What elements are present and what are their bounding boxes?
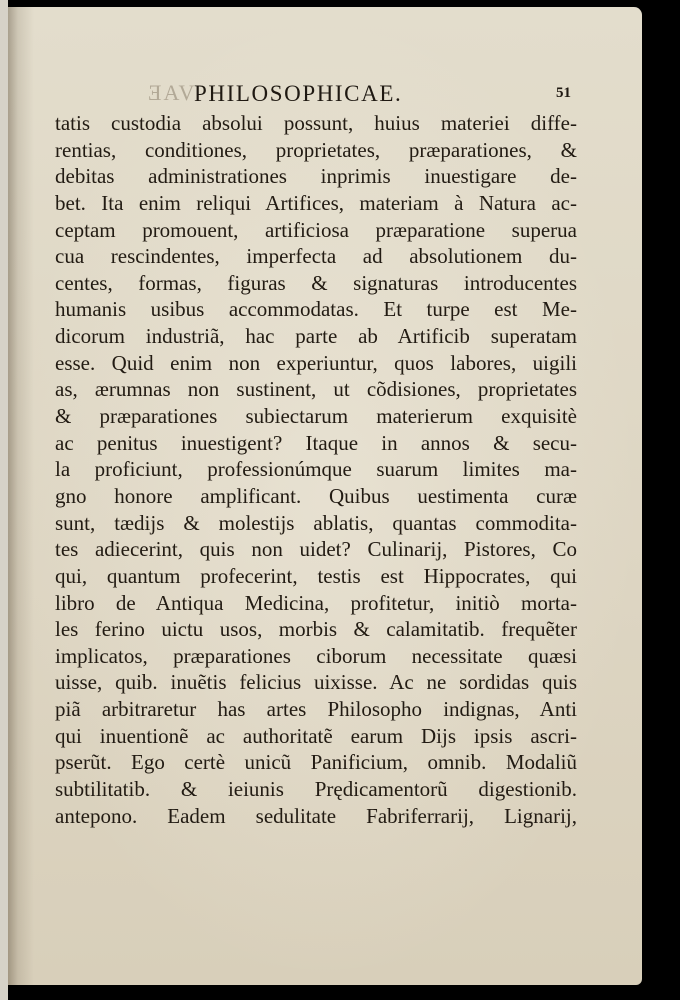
text-line: les ferino uictu usos, morbis & calamita… <box>55 616 577 643</box>
text-line: antepono. Eadem sedulitate Fabriferrarij… <box>55 803 577 830</box>
body-text: tatis custodia absolui possunt, huius ma… <box>55 110 577 829</box>
text-line: ac penitus inuestigent? Itaque in annos … <box>55 430 577 457</box>
text-line: piã arbitraretur has artes Philosopho in… <box>55 696 577 723</box>
text-line: humanis usibus accommodatas. Et turpe es… <box>55 296 577 323</box>
text-line: libro de Antiqua Medicina, profitetur, i… <box>55 590 577 617</box>
left-page-edge <box>0 0 8 1000</box>
text-line: as, ærumnas non sustinent, ut cõdisiones… <box>55 376 577 403</box>
text-line: tatis custodia absolui possunt, huius ma… <box>55 110 577 137</box>
text-line: ceptam promouent, artificiosa præparatio… <box>55 217 577 244</box>
text-line: & præparationes subiectarum materierum e… <box>55 403 577 430</box>
text-line: qui inuentionẽ ac authoritatẽ earum Dijs… <box>55 723 577 750</box>
text-line: tes adiecerint, quis non uidet? Culinari… <box>55 536 577 563</box>
page-number: 51 <box>556 85 571 102</box>
text-line: esse. Quid enim non experiuntur, quos la… <box>55 350 577 377</box>
text-line: bet. Ita enim reliqui Artifices, materia… <box>55 190 577 217</box>
text-line: pserũt. Ego certè unicũ Panificium, omni… <box>55 749 577 776</box>
text-line: implicatos, præparationes ciborum necess… <box>55 643 577 670</box>
book-page: ƎAV PHILOSOPHICAE. 51 tatis custodia abs… <box>8 7 642 985</box>
text-line: cua rescindentes, imperfecta ad absoluti… <box>55 243 577 270</box>
text-line: rentias, conditiones, proprietates, præp… <box>55 137 577 164</box>
text-line: gno honore amplificant. Quibus uestiment… <box>55 483 577 510</box>
text-line: sunt, tædijs & molestijs ablatis, quanta… <box>55 510 577 537</box>
text-line: uisse, quib. inuẽtis felicius uixisse. A… <box>55 669 577 696</box>
text-line: qui, quantum profecerint, testis est Hip… <box>55 563 577 590</box>
text-line: centes, formas, figuras & signaturas int… <box>55 270 577 297</box>
text-line: debitas administrationes inprimis inuest… <box>55 163 577 190</box>
text-line: la proficiunt, professionúmque suarum li… <box>55 456 577 483</box>
text-line: dicorum industriã, hac parte ab Artifici… <box>55 323 577 350</box>
show-through-text: ƎAV <box>148 80 196 106</box>
text-line: subtilitatib. & ieiunis Prędicamentorũ d… <box>55 776 577 803</box>
running-head: PHILOSOPHICAE. <box>194 81 402 107</box>
